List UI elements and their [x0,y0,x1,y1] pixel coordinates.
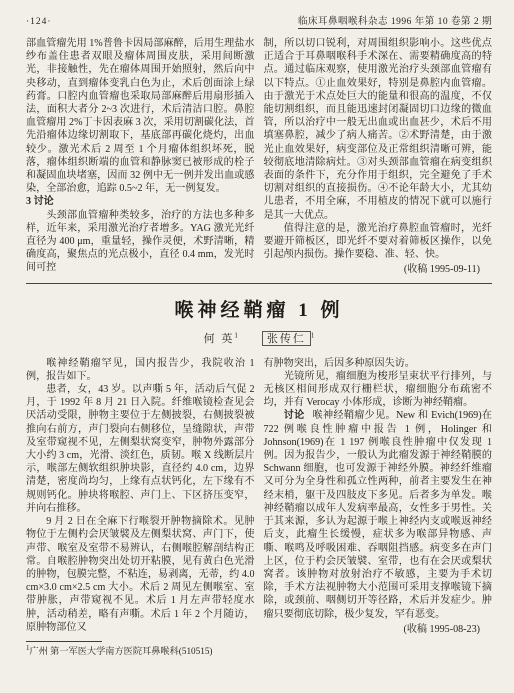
section-heading-discussion: 3 讨论 [26,195,255,208]
paragraph: 制，所以切口锐利，对周围组织影响小。这些优点正适合于耳鼻咽喉科手术深在、需要精确… [264,37,493,222]
article1-body: 部血管瘤先用 1%普鲁卡因局部麻醉，后用生理盐水纱布盖住患者双眼及瘤体周围皮肤，… [26,37,492,277]
paragraph: 部血管瘤先用 1%普鲁卡因局部麻醉，后用生理盐水纱布盖住患者双眼及瘤体周围皮肤，… [26,37,255,195]
paragraph: 光镜所见，瘤细胞为梭形呈束状平行排列，与无核区相间形成双行栅栏状，瘤细胞分布疏密… [264,370,493,410]
discussion-text: 喉神经鞘瘤少见。New 和 Evich(1969)在 722 例喉良性肿瘤中报告… [264,410,493,619]
footnote-text: 广州 第一军医大学南方医院耳鼻喉科(510515) [30,646,213,656]
article2-title: 喉神经鞘瘤 1 例 [26,295,492,322]
article2: 喉神经鞘瘤 1 例 何 英1张传仁1 喉神经鞘瘤罕见，国内报告少，我院收治 1 … [26,295,492,657]
paragraph: 值得注意的是，激光治疗鼻腔血管瘤时，光纤要避开筛板区，即光纤不要对着筛板区操作，… [264,222,493,262]
article1-left-column: 部血管瘤先用 1%普鲁卡因局部麻醉，后用生理盐水纱布盖住患者双眼及瘤体周围皮肤，… [26,37,255,277]
article-divider-rule [26,283,492,284]
paragraph: 9 月 2 日在全麻下行喉裂开肿物摘除术。见肿物位于左侧杓会厌皱襞及左侧梨状窝、… [26,515,255,634]
article1-right-column: 制，所以切口锐利，对周围组织影响小。这些优点正适合于耳鼻咽喉科手术深在、需要精确… [264,37,493,277]
article2-authors: 何 英1张传仁1 [26,330,492,346]
author-first: 何 英1 [204,333,238,345]
received-date-article2: (收稿 1995-08-23) [264,623,493,636]
journal-citation: 临床耳鼻咽喉科杂志 1996 年第 10 卷第 2 期 [298,13,492,29]
article2-right-column: 有肿物突出，后因多种原因失访。 光镜所见，瘤细胞为梭形呈束状平行排列，与无核区相… [264,357,493,657]
author-second-boxed-name: 张传仁 [262,331,311,346]
affiliation-footnote: 1广州 第一军医大学南方医院耳鼻喉科(510515) [26,645,255,657]
received-date-article1: (收稿 1995-09-11) [264,263,493,276]
paragraph: 有肿物突出，后因多种原因失访。 [264,357,493,370]
page-number: ·124· [26,17,52,27]
paragraph: 喉神经鞘瘤罕见，国内报告少，我院收治 1 例，报告如下。 [26,357,255,383]
author-second-affiliation-sup: 1 [311,331,315,339]
journal-page: ·124· 临床耳鼻咽喉科杂志 1996 年第 10 卷第 2 期 部血管瘤先用… [0,0,514,693]
discussion-label: 讨论 [284,410,305,421]
paragraph: 患者，女，43 岁。以声嘶 5 年，活动后气促 2 月，于 1992 年 8 月… [26,383,255,515]
paragraph: 头颈部血管瘤种类较多，治疗的方法也多种多样，近年来，采用激光治疗者增多。YAG … [26,209,255,275]
author-second: 张传仁1 [262,333,315,345]
footnote-rule [26,641,102,642]
article2-body: 喉神经鞘瘤罕见，国内报告少，我院收治 1 例，报告如下。 患者，女，43 岁。以… [26,357,492,657]
article2-left-column: 喉神经鞘瘤罕见，国内报告少，我院收治 1 例，报告如下。 患者，女，43 岁。以… [26,357,255,657]
author-first-affiliation-sup: 1 [234,331,238,339]
discussion-paragraph: 讨论喉神经鞘瘤少见。New 和 Evich(1969)在 722 例喉良性肿瘤中… [264,409,493,620]
page-header: ·124· 临床耳鼻咽喉科杂志 1996 年第 10 卷第 2 期 [26,13,492,29]
